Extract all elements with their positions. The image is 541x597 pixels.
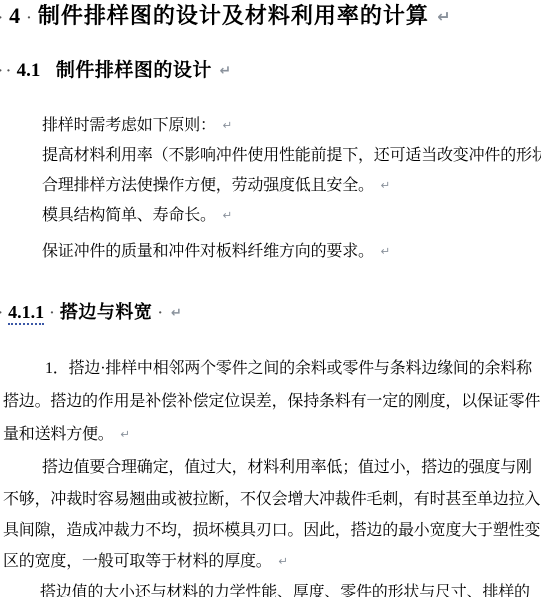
body-line: 排样时需考虑如下原则： ↵	[42, 118, 232, 134]
body-text: 不够，冲裁时容易翘曲或被拉断，不仅会增大冲裁件毛刺，有时甚至单边拉入	[3, 491, 540, 508]
body-line: 1．搭边·排样中相邻两个零件之间的余料或零件与条料边缘间的余料称	[45, 361, 532, 377]
space-marks: · ·	[0, 64, 12, 79]
body-text: 搭边。搭边的作用是补偿补偿定位误差，保持条料有一定的刚度，以保证零件	[3, 393, 540, 410]
section-number: 4.1	[17, 60, 41, 81]
paragraph-mark-icon: ↵	[223, 208, 232, 222]
space-mark: ·	[0, 11, 4, 26]
subsection-heading: · 4.1.1 · 搭边与料宽 · ↵	[0, 303, 182, 321]
chapter-title: 制件排样图的设计及材料利用率的计算	[38, 3, 429, 28]
paragraph-mark-icon: ↵	[120, 427, 129, 441]
paragraph-mark-icon: ↵	[220, 63, 231, 79]
space-mark: ·	[26, 11, 33, 26]
space-mark: ·	[0, 306, 4, 321]
body-line: 提高材料利用率（不影响冲件使用性能前提下，还可适当改变冲件的形状	[42, 148, 541, 164]
body-text: 区的宽度，一般可取等于材料的厚度。	[3, 553, 272, 570]
body-line: 具间隙，造成冲裁力不均，损坏模具刃口。因此，搭边的最小宽度大于塑性变	[3, 523, 540, 539]
body-line: 保证冲件的质量和冲件对板料纤维方向的要求。 ↵	[42, 244, 390, 260]
paragraph-mark-icon: ↵	[381, 178, 390, 192]
body-text: 搭边值要合理确定，值过大，材料利用率低；值过小，搭边的强度与刚	[42, 459, 532, 476]
body-line: 不够，冲裁时容易翘曲或被拉断，不仅会增大冲裁件毛刺，有时甚至单边拉入	[3, 492, 540, 508]
section-heading: · · 4.1 制件排样图的设计 ↵	[0, 61, 231, 80]
body-text: 合理排样方法使操作方便，劳动强度低且安全。	[42, 177, 374, 194]
space-mark: ·	[49, 306, 56, 321]
body-line: 区的宽度，一般可取等于材料的厚度。 ↵	[3, 554, 288, 570]
chapter-number: 4	[9, 3, 20, 28]
body-line-clipped: 搭边值的大小还与材料的力学性能、厚度、零件的形状与尺寸、排样的	[40, 585, 530, 597]
section-title: 制件排样图的设计	[56, 60, 212, 81]
body-text: 具间隙，造成冲裁力不均，损坏模具刃口。因此，搭边的最小宽度大于塑性变	[3, 522, 540, 539]
document-page: · 4 · 制件排样图的设计及材料利用率的计算 ↵ · · 4.1 制件排样图的…	[0, 0, 541, 597]
paragraph-mark-icon: ↵	[381, 244, 390, 258]
body-text: 保证冲件的质量和冲件对板料纤维方向的要求。	[42, 243, 374, 260]
body-line: 模具结构简单、寿命长。 ↵	[42, 208, 232, 224]
body-text: 量和送料方便。	[3, 426, 114, 443]
space-mark: ·	[157, 306, 164, 321]
paragraph-mark-icon: ↵	[278, 554, 287, 568]
body-text: 提高材料利用率（不影响冲件使用性能前提下，还可适当改变冲件的形状	[42, 147, 541, 164]
body-line: 搭边。搭边的作用是补偿补偿定位误差，保持条料有一定的刚度，以保证零件	[3, 394, 540, 410]
body-line: 搭边值要合理确定，值过大，材料利用率低；值过小，搭边的强度与刚	[42, 460, 532, 476]
body-text: 搭边值的大小还与材料的力学性能、厚度、零件的形状与尺寸、排样的	[40, 584, 530, 597]
chapter-heading: · 4 · 制件排样图的设计及材料利用率的计算 ↵	[0, 5, 451, 27]
body-text: 1．搭边·排样中相邻两个零件之间的余料或零件与条料边缘间的余料称	[45, 360, 532, 377]
paragraph-mark-icon: ↵	[437, 7, 450, 26]
paragraph-mark-icon: ↵	[171, 306, 182, 321]
subsection-title: 搭边与料宽	[60, 302, 153, 322]
body-text: 排样时需考虑如下原则：	[42, 117, 216, 134]
subsection-number: 4.1.1	[8, 302, 44, 325]
body-text: 模具结构简单、寿命长。	[42, 207, 216, 224]
body-line: 量和送料方便。 ↵	[3, 427, 130, 443]
paragraph-mark-icon: ↵	[223, 118, 232, 132]
body-line: 合理排样方法使操作方便，劳动强度低且安全。 ↵	[42, 178, 390, 194]
